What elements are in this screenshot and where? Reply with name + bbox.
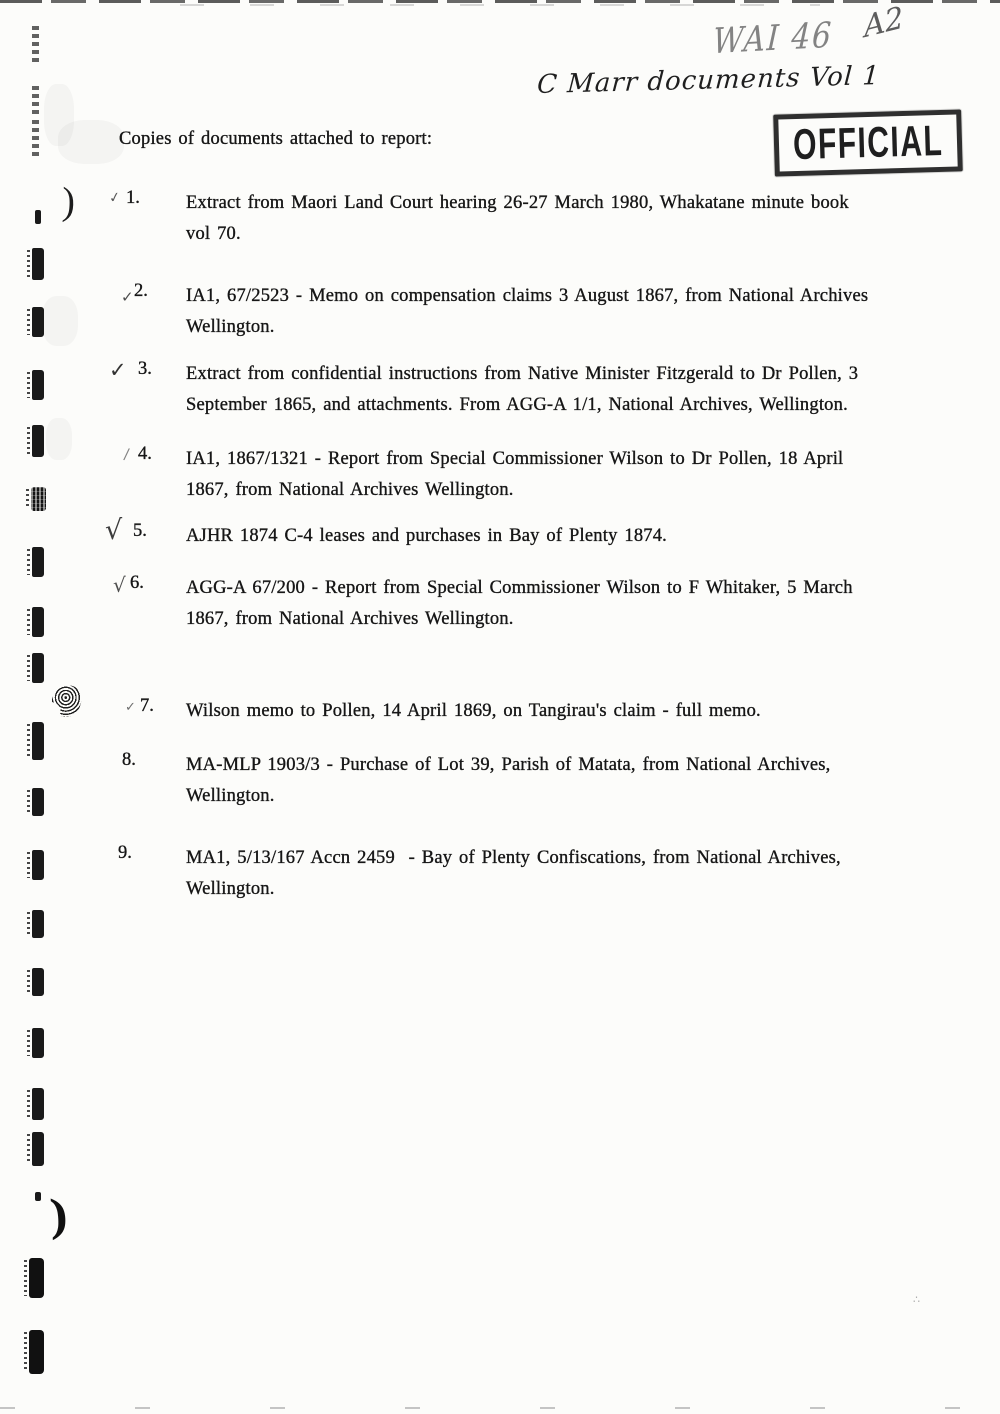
item-number: 4.	[138, 444, 152, 465]
handwritten-volume-title: C Marr documents Vol 1	[536, 61, 881, 100]
item-number: 2.	[134, 281, 148, 302]
item-text-line: Wilson memo to Pollen, 14 April 1869, on…	[186, 696, 916, 727]
binding-mark	[32, 788, 44, 816]
binding-mark	[32, 653, 44, 683]
item-number: 1.	[126, 188, 140, 209]
binding-mark	[32, 1132, 44, 1166]
scan-smudge	[46, 418, 72, 460]
item-number: 5.	[133, 521, 147, 542]
item-text-line: Extract from Maori Land Court hearing 26…	[186, 188, 916, 219]
item-text: IA1, 67/2523 - Memo on compensation clai…	[186, 281, 916, 343]
item-number: 3.	[138, 359, 152, 380]
binding-mark	[32, 850, 44, 880]
item-text-line: Wellington.	[186, 781, 916, 812]
item-text-line: IA1, 1867/1321 - Report from Special Com…	[186, 444, 916, 475]
binding-mark	[32, 425, 44, 457]
item-text-line: MA1, 5/13/167 Accn 2459 - Bay of Plenty …	[186, 843, 916, 874]
item-text-line: vol 70.	[186, 219, 916, 250]
item-text-line: IA1, 67/2523 - Memo on compensation clai…	[186, 281, 916, 312]
ink-blot	[49, 682, 84, 719]
binding-mark	[32, 26, 39, 64]
item-number: 7.	[140, 696, 154, 717]
binding-mark	[32, 1028, 44, 1058]
checkmark: ✓	[108, 189, 122, 207]
binding-mark	[32, 307, 44, 337]
item-text-line: Extract from confidential instructions f…	[186, 359, 916, 390]
item-text: Wilson memo to Pollen, 14 April 1869, on…	[186, 696, 916, 727]
item-text-line: Wellington.	[186, 874, 916, 905]
official-stamp-text: OFFICIAL	[792, 116, 943, 169]
item-text: Extract from Maori Land Court hearing 26…	[186, 188, 916, 250]
item-number: 8.	[122, 750, 136, 771]
binding-mark	[29, 1258, 44, 1298]
binding-mark	[32, 968, 44, 996]
binding-mark	[29, 1330, 44, 1374]
scan-smudge	[42, 296, 78, 346]
binding-mark	[32, 86, 39, 118]
scan-edge-artifact-top	[0, 0, 1000, 3]
handwritten-item-code: A2	[862, 0, 905, 45]
item-text: Extract from confidential instructions f…	[186, 359, 916, 421]
binding-mark	[32, 1088, 44, 1120]
binding-mark	[35, 1192, 41, 1201]
item-number: 9.	[118, 843, 132, 864]
scanned-document-page: ) ) WAI 46 A2 C Marr documents Vol 1 OFF…	[0, 0, 1000, 1414]
binding-mark	[32, 120, 39, 158]
item-text-line: 1867, from National Archives Wellington.	[186, 475, 916, 506]
binding-mark	[32, 910, 44, 938]
item-number: 6.	[130, 573, 144, 594]
document-heading: Copies of documents attached to report:	[119, 129, 432, 150]
item-text: AJHR 1874 C-4 leases and purchases in Ba…	[186, 521, 916, 552]
binding-mark	[32, 607, 44, 637]
item-text: AGG-A 67/200 - Report from Special Commi…	[186, 573, 916, 635]
item-text-line: Wellington.	[186, 312, 916, 343]
official-stamp: OFFICIAL	[773, 109, 963, 176]
checkmark: √	[113, 573, 126, 597]
pen-mark-parenthesis-bottom: )	[48, 1188, 68, 1242]
binding-mark	[32, 370, 44, 400]
binding-mark	[32, 547, 44, 577]
checkmark: ✓	[121, 288, 134, 306]
scan-edge-artifact-bottom	[0, 1407, 1000, 1409]
binding-mark	[32, 248, 44, 280]
pen-mark-parenthesis-top: )	[61, 179, 76, 224]
binding-mark	[31, 487, 46, 511]
item-text-line: AJHR 1874 C-4 leases and purchases in Ba…	[186, 521, 916, 552]
scan-smudge	[58, 120, 124, 164]
scan-speck: ∴	[913, 1293, 920, 1306]
item-text-line: 1867, from National Archives Wellington.	[186, 604, 916, 635]
scan-edge-artifact-top-secondary	[180, 4, 820, 6]
checkmark: √	[105, 515, 122, 546]
item-text: IA1, 1867/1321 - Report from Special Com…	[186, 444, 916, 506]
checkmark: ✓	[109, 358, 127, 382]
item-text-line: MA-MLP 1903/3 - Purchase of Lot 39, Pari…	[186, 750, 916, 781]
item-text: MA1, 5/13/167 Accn 2459 - Bay of Plenty …	[186, 843, 916, 905]
handwritten-wai-number: WAI 46	[712, 16, 834, 62]
item-text: MA-MLP 1903/3 - Purchase of Lot 39, Pari…	[186, 750, 916, 812]
item-text-line: AGG-A 67/200 - Report from Special Commi…	[186, 573, 916, 604]
checkmark: /	[123, 445, 131, 464]
binding-mark	[32, 722, 44, 760]
checkmark: ✓	[125, 700, 136, 715]
item-text-line: September 1865, and attachments. From AG…	[186, 390, 916, 421]
binding-mark	[35, 210, 41, 224]
